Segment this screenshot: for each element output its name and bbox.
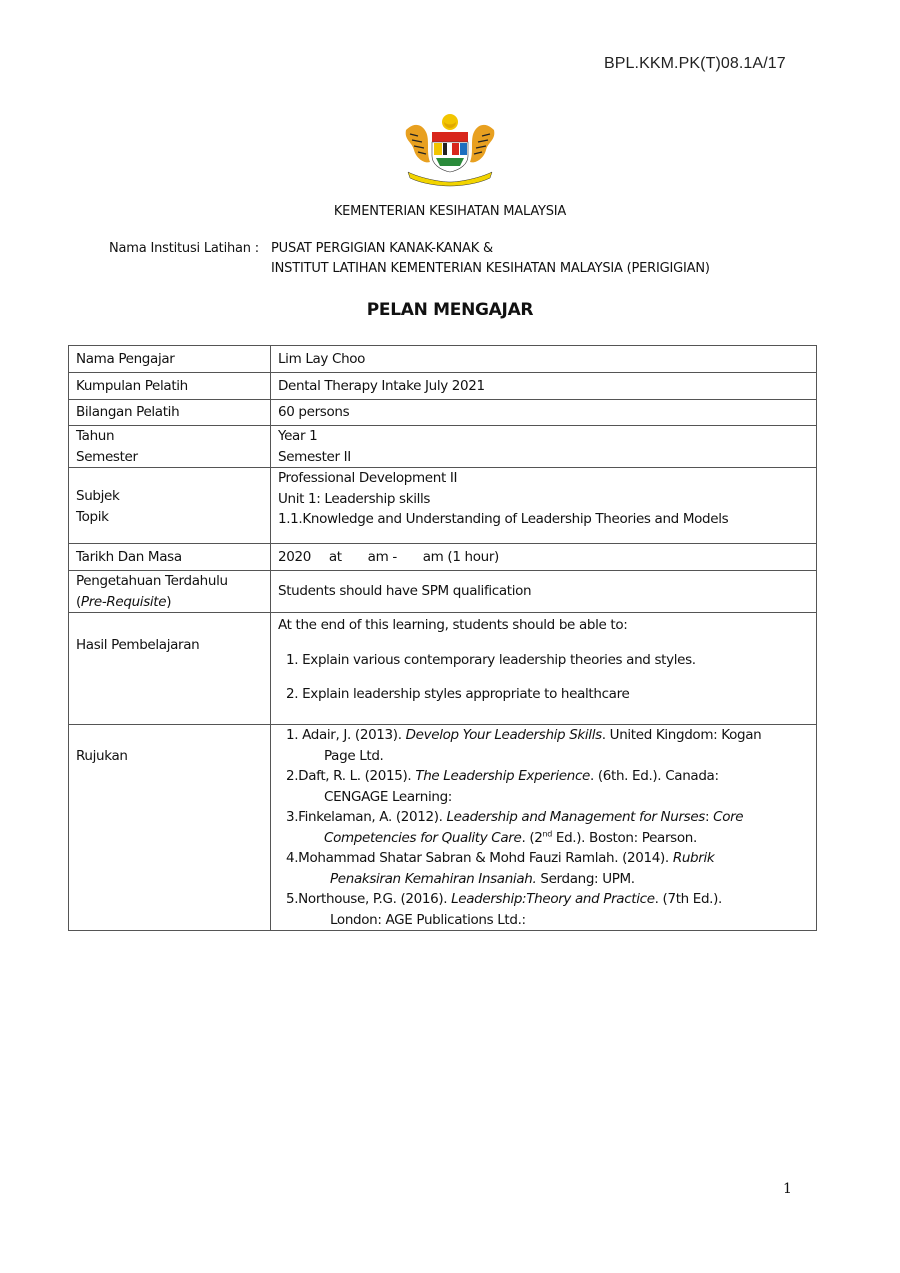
label-nama-pengajar: Nama Pengajar (69, 346, 271, 373)
outcome-item: 1. Explain various contemporary leadersh… (286, 650, 809, 671)
value-pengetahuan-terdahulu: Students should have SPM qualification (271, 571, 817, 613)
value-bilangan-pelatih: 60 persons (271, 400, 817, 426)
value-kumpulan-pelatih: Dental Therapy Intake July 2021 (271, 373, 817, 400)
label-semester: Semester (76, 447, 263, 468)
ref-edition: . (2 (521, 830, 542, 846)
value-tarikh-dan-masa: 2020 at am - am (1 hour) (271, 544, 817, 571)
institution-line-1: PUSAT PERGIGIAN KANAK-KANAK & (271, 239, 493, 259)
reference-item: 2.Daft, R. L. (2015). The Leadership Exp… (286, 766, 809, 807)
value-rujukan: 1. Adair, J. (2013). Develop Your Leader… (271, 725, 817, 931)
table-row-subjek-topik: Subjek Topik Professional Development II… (69, 468, 817, 544)
ref-separator: : (705, 809, 713, 825)
reference-item: 5.Northouse, P.G. (2016). Leadership:The… (286, 889, 809, 930)
ref-title-cont: Core (713, 809, 743, 825)
table-row-rujukan: Rujukan 1. Adair, J. (2013). Develop You… (69, 725, 817, 931)
reference-item: 4.Mohammad Shatar Sabran & Mohd Fauzi Ra… (286, 848, 809, 889)
ref-publisher: Serdang: UPM. (536, 871, 634, 887)
ref-edition: . (7th Ed.). (655, 891, 722, 907)
ref-title: The Leadership Experience (415, 768, 590, 784)
label-subjek: Subjek (76, 486, 263, 507)
value-tahun-semester: Year 1 Semester II (271, 426, 817, 468)
table-row-nama-pengajar: Nama Pengajar Lim Lay Choo (69, 346, 817, 373)
ref-author: 5.Northouse, P.G. (2016). (286, 891, 451, 907)
ref-edition-sup: nd (543, 829, 552, 838)
value-semester: Semester II (278, 447, 809, 468)
date-year: 2020 (278, 549, 311, 565)
page-title: PELAN MENGAJAR (0, 300, 900, 320)
label-tarikh-dan-masa: Tarikh Dan Masa (69, 544, 271, 571)
teaching-plan-table: Nama Pengajar Lim Lay Choo Kumpulan Pela… (68, 345, 817, 931)
value-nama-pengajar: Lim Lay Choo (271, 346, 817, 373)
ref-line-2: Penaksiran Kemahiran Insaniah. Serdang: … (286, 869, 809, 890)
value-topik: 1.1.Knowledge and Understanding of Leade… (278, 509, 809, 530)
label-pengetahuan-terdahulu-text: Pengetahuan Terdahulu (76, 571, 263, 592)
table-row-pengetahuan-terdahulu: Pengetahuan Terdahulu (Pre-Requisite) St… (69, 571, 817, 613)
table-row-tahun-semester: Tahun Semester Year 1 Semester II (69, 426, 817, 468)
ref-title-cont: Competencies for Quality Care (324, 830, 521, 846)
coat-of-arms-icon (400, 112, 500, 188)
ref-line-2: Page Ltd. (286, 746, 809, 767)
label-pengetahuan-terdahulu: Pengetahuan Terdahulu (Pre-Requisite) (69, 571, 271, 613)
ref-publisher: . United Kingdom: Kogan (602, 727, 762, 743)
ref-line-2: London: AGE Publications Ltd.: (286, 910, 809, 931)
ref-author: 2.Daft, R. L. (2015). (286, 768, 415, 784)
value-subjek: Professional Development II (278, 468, 809, 489)
ministry-name: KEMENTERIAN KESIHATAN MALAYSIA (0, 204, 900, 219)
document-code: BPL.KKM.PK(T)08.1A/17 (604, 55, 786, 73)
ref-line-2: CENGAGE Learning: (286, 787, 809, 808)
label-topik: Topik (76, 507, 263, 528)
ref-author: 1. Adair, J. (2013). (286, 727, 406, 743)
outcome-item: 2. Explain leadership styles appropriate… (286, 684, 809, 705)
pre-requisite-italic: Pre-Requisite (81, 594, 166, 610)
ref-title: Leadership and Management for Nurses (447, 809, 705, 825)
table-row-kumpulan-pelatih: Kumpulan Pelatih Dental Therapy Intake J… (69, 373, 817, 400)
ref-author: 4.Mohammad Shatar Sabran & Mohd Fauzi Ra… (286, 850, 673, 866)
ref-author: 3.Finkelaman, A. (2012). (286, 809, 447, 825)
value-unit: Unit 1: Leadership skills (278, 489, 809, 510)
page-number: 1 (783, 1181, 792, 1197)
value-hasil-pembelajaran: At the end of this learning, students sh… (271, 613, 817, 725)
value-tahun: Year 1 (278, 426, 809, 447)
label-bilangan-pelatih: Bilangan Pelatih (69, 400, 271, 426)
reference-item: 3.Finkelaman, A. (2012). Leadership and … (286, 807, 809, 848)
label-pre-requisite: (Pre-Requisite) (76, 592, 263, 613)
value-subjek-topik: Professional Development II Unit 1: Lead… (271, 468, 817, 544)
table-row-hasil-pembelajaran: Hasil Pembelajaran At the end of this le… (69, 613, 817, 725)
table-row-tarikh-dan-masa: Tarikh Dan Masa 2020 at am - am (1 hour) (69, 544, 817, 571)
time-to: am (1 hour) (423, 549, 499, 565)
label-kumpulan-pelatih: Kumpulan Pelatih (69, 373, 271, 400)
ref-title: Leadership:Theory and Practice (451, 891, 655, 907)
label-subjek-topik: Subjek Topik (69, 468, 271, 544)
ref-publisher: Ed.). Boston: Pearson. (552, 830, 697, 846)
ref-title: Rubrik (673, 850, 715, 866)
label-rujukan: Rujukan (69, 725, 271, 931)
institution-block: Nama Institusi Latihan : PUSAT PERGIGIAN… (109, 239, 710, 279)
label-tahun-semester: Tahun Semester (69, 426, 271, 468)
ref-publisher: . (6th. Ed.). Canada: (590, 768, 719, 784)
date-at: at (329, 549, 342, 565)
ref-line-2: Competencies for Quality Care. (2nd Ed.)… (286, 828, 809, 849)
institution-label: Nama Institusi Latihan : (109, 239, 271, 259)
paren-close: ) (166, 594, 171, 610)
ref-title: Develop Your Leadership Skills (406, 727, 602, 743)
ref-title-cont: Penaksiran Kemahiran Insaniah. (330, 871, 536, 887)
institution-line-2: INSTITUT LATIHAN KEMENTERIAN KESIHATAN M… (271, 259, 710, 279)
label-tahun: Tahun (76, 426, 263, 447)
table-row-bilangan-pelatih: Bilangan Pelatih 60 persons (69, 400, 817, 426)
label-hasil-pembelajaran: Hasil Pembelajaran (69, 613, 271, 725)
outcome-intro: At the end of this learning, students sh… (278, 615, 809, 636)
reference-item: 1. Adair, J. (2013). Develop Your Leader… (286, 725, 809, 766)
time-from: am - (368, 549, 397, 565)
